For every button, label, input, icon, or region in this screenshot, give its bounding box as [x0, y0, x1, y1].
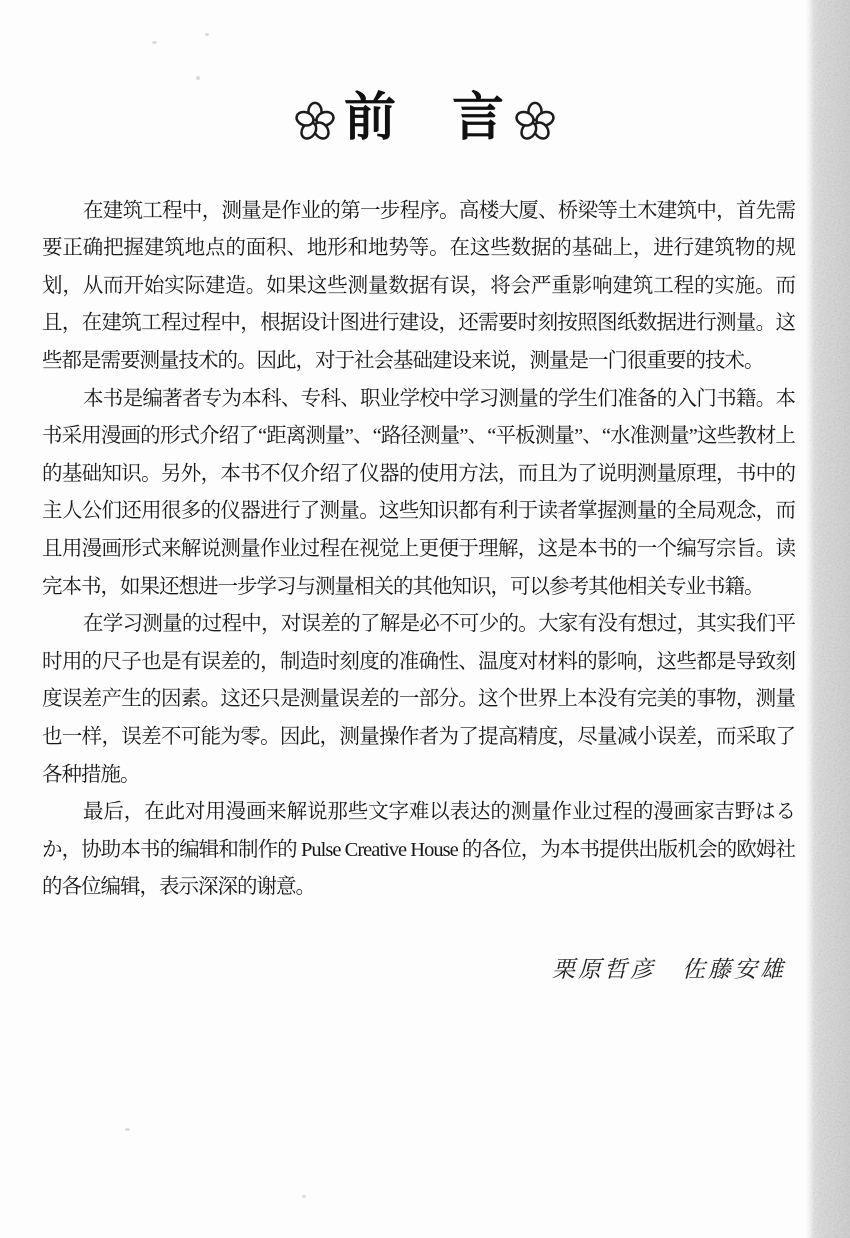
scan-speck [125, 1128, 130, 1131]
page-title: 前 言 [344, 92, 506, 147]
preface-paragraph-1: 在建筑工程中，测量是作业的第一步程序。高楼大厦、桥梁等土木建筑中，首先需要正确把… [42, 193, 795, 381]
scan-speck [152, 41, 157, 44]
florette-icon [294, 101, 336, 143]
scan-speck [196, 76, 200, 80]
scan-edge-shadow [806, 0, 850, 1238]
preface-body: 在建筑工程中，测量是作业的第一步程序。高楼大厦、桥梁等土木建筑中，首先需要正确把… [0, 193, 850, 907]
preface-paragraph-3: 在学习测量的过程中，对误差的了解是必不可少的。大家有没有想过，其实我们平时用的尺… [42, 606, 795, 794]
scan-speck [205, 33, 209, 36]
florette-icon [514, 101, 556, 143]
authors-signature: 栗原哲彦 佐藤安雄 [0, 951, 850, 984]
book-preface-page: 前 言 在建筑工程中，测量是作业的第一步程序。高楼大厦、桥梁等土木建筑中，首先需… [0, 0, 850, 1238]
preface-paragraph-4: 最后，在此对用漫画来解说那些文字难以表达的测量作业过程的漫画家吉野はるか，协助本… [42, 794, 795, 907]
preface-title: 前 言 [0, 0, 850, 147]
preface-paragraph-2: 本书是编著者专为本科、专科、职业学校中学习测量的学生们准备的入门书籍。本书采用漫… [42, 381, 795, 607]
scan-speck [302, 1195, 306, 1198]
